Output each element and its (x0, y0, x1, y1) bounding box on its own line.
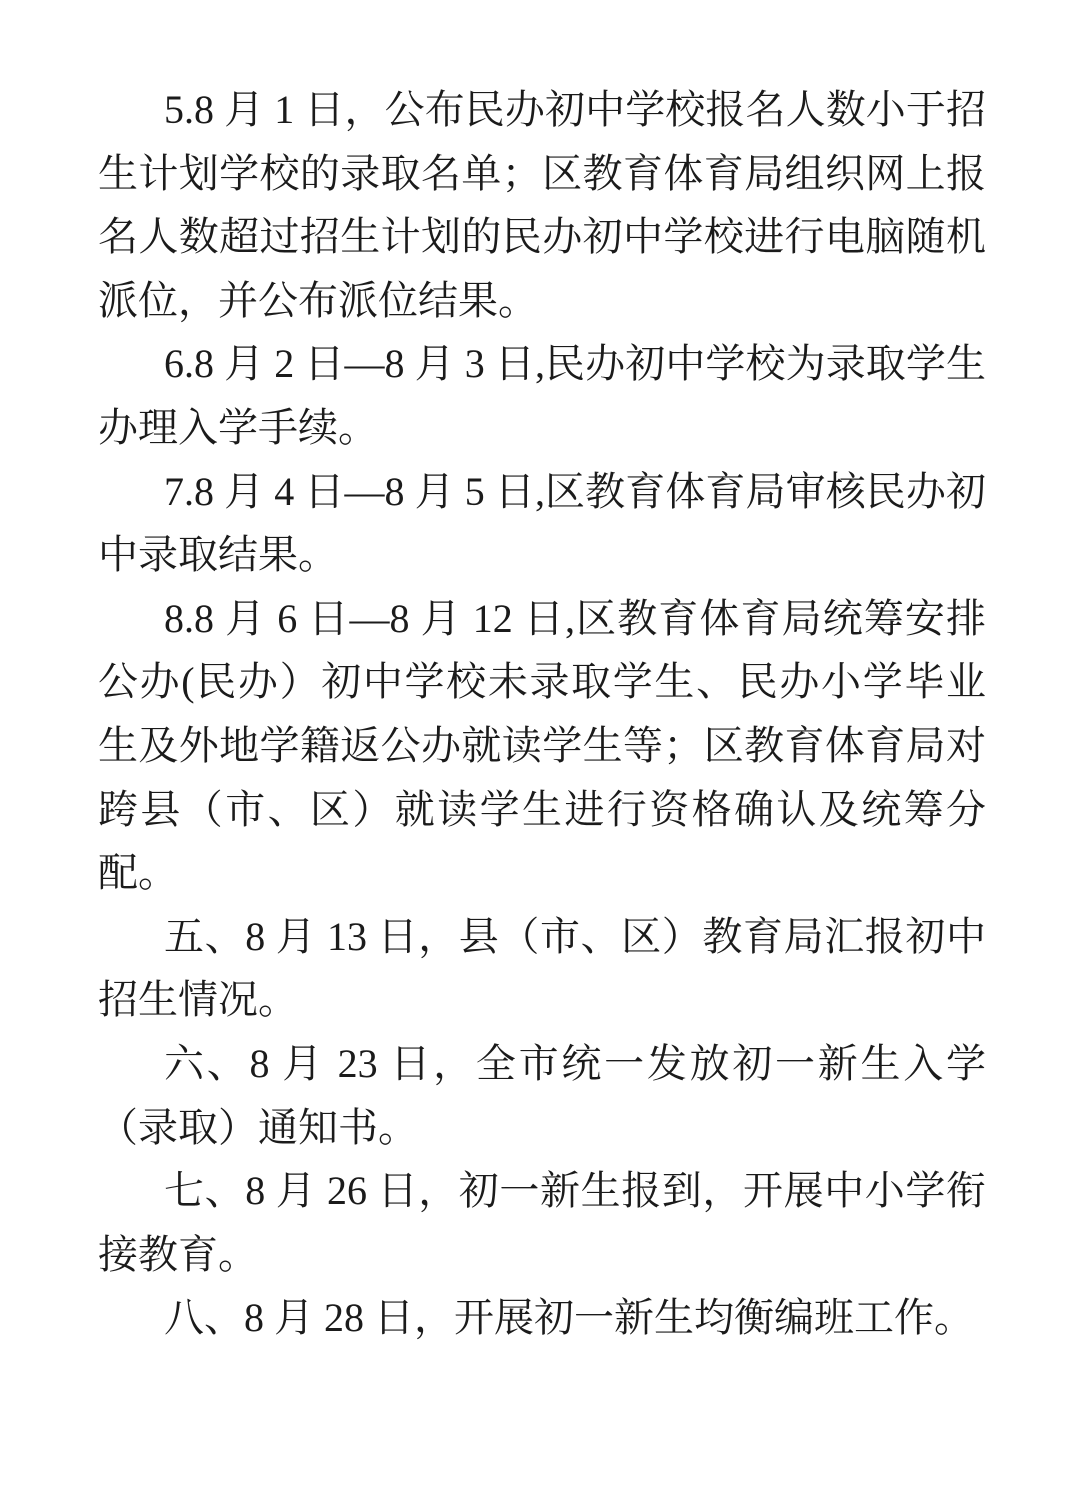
paragraph-item-7: 7.8 月 4 日—8 月 5 日,区教育体育局审核民办初中录取结果。 (98, 460, 986, 587)
paragraph-item-6: 6.8 月 2 日—8 月 3 日,民办初中学校为录取学生办理入学手续。 (98, 332, 986, 459)
paragraph-item-8: 8.8 月 6 日—8 月 12 日,区教育体育局统筹安排公办(民办）初中学校未… (98, 587, 986, 905)
paragraph-section-5: 五、8 月 13 日，县（市、区）教育局汇报初中招生情况。 (98, 905, 986, 1032)
paragraph-item-5: 5.8 月 1 日，公布民办初中学校报名人数小于招生计划学校的录取名单；区教育体… (98, 78, 986, 332)
paragraph-section-8: 八、8 月 28 日，开展初一新生均衡编班工作。 (98, 1286, 986, 1350)
document-page: 5.8 月 1 日，公布民办初中学校报名人数小于招生计划学校的录取名单；区教育体… (0, 0, 1080, 1499)
paragraph-section-6: 六、8 月 23 日，全市统一发放初一新生入学（录取）通知书。 (98, 1032, 986, 1159)
paragraph-section-7: 七、8 月 26 日，初一新生报到，开展中小学衔接教育。 (98, 1159, 986, 1286)
document-text-block: 5.8 月 1 日，公布民办初中学校报名人数小于招生计划学校的录取名单；区教育体… (98, 78, 986, 1350)
